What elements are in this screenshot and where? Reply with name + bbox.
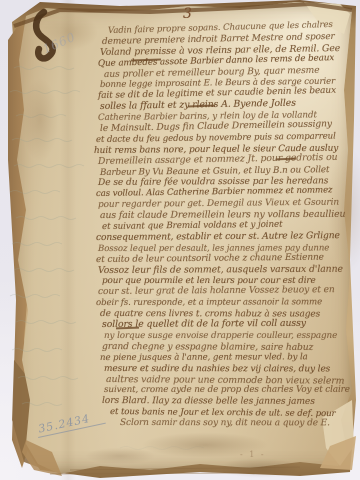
manuscript-line: mesure et sudire du nashies bez vij clai… <box>104 364 360 375</box>
manuscript-text: Vadin faire propre sopans. Chaucune que … <box>0 26 360 429</box>
manuscript-line: ne piene jusques à l'anne, gent mesur vl… <box>100 352 360 364</box>
page-number: 3 <box>183 6 192 22</box>
manuscript-line: Vossoz leur fils de sommet, ausquels var… <box>98 264 360 276</box>
manuscript-scan: 3 1660 Vadin faire propre sopans. Chaucu… <box>0 0 360 480</box>
folio-mark: - 1 - <box>240 450 266 459</box>
manuscript-line: Sclorn samir dans soy ny, dit neou a quo… <box>120 418 360 429</box>
manuscript-line: suivent, crome ayde ne de prop des charl… <box>104 385 360 396</box>
manuscript-line: consequemment, establir et cour st. Autr… <box>96 231 360 244</box>
manuscript-line: sollors le quellet dit de la forte vil c… <box>102 319 360 331</box>
manuscript-line: obeir fs. ruresponde, et a impteur assan… <box>96 297 360 309</box>
page-stack-streaks <box>50 467 300 474</box>
manuscript-line: ny lorque susge envoise drapperie coulle… <box>104 331 360 342</box>
